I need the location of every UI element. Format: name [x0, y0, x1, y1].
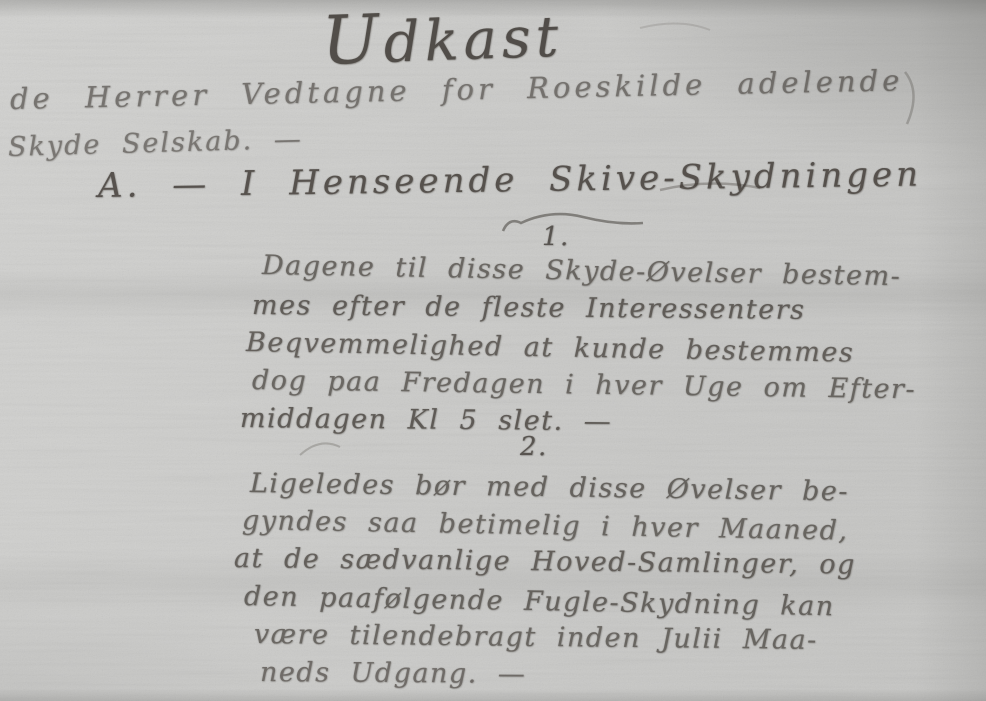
manuscript-line: neds Udgang. —: [260, 657, 527, 690]
manuscript-line: Ligeledes bør med disse Øvelser be-: [250, 468, 849, 507]
manuscript-line: være tilendebragt inden Julii Maa-: [254, 619, 818, 656]
section-heading: A. — I Henseende Skive-Skydningen: [98, 154, 923, 206]
handwriting-layer: Udkast de Herrer Vedtagne for Roeskilde …: [0, 0, 986, 701]
manuscript-page: Udkast de Herrer Vedtagne for Roeskilde …: [0, 0, 986, 701]
document-title: Udkast: [321, 0, 565, 80]
section1-number: 1.: [542, 222, 570, 252]
manuscript-line: den paafølgende Fugle-Skydning kan: [244, 581, 835, 622]
manuscript-line: dog paa Fredagen i hver Uge om Efter-: [252, 365, 917, 405]
manuscript-line: gyndes saa betimelig i hver Maaned,: [242, 505, 849, 547]
manuscript-line: at de sædvanlige Hoved-Samlinger, og: [234, 543, 856, 581]
manuscript-line: Beqvemmelighed at kunde bestemmes: [246, 327, 855, 369]
manuscript-line: middagen Kl 5 slet. —: [240, 403, 613, 437]
section2-number: 2.: [520, 432, 548, 462]
opening-line-2: Skyde Selskab. —: [8, 124, 304, 163]
manuscript-line: mes efter de fleste Interessenters: [252, 290, 806, 326]
manuscript-line: Dagene til disse Skyde-Øvelser bestem-: [262, 250, 902, 292]
